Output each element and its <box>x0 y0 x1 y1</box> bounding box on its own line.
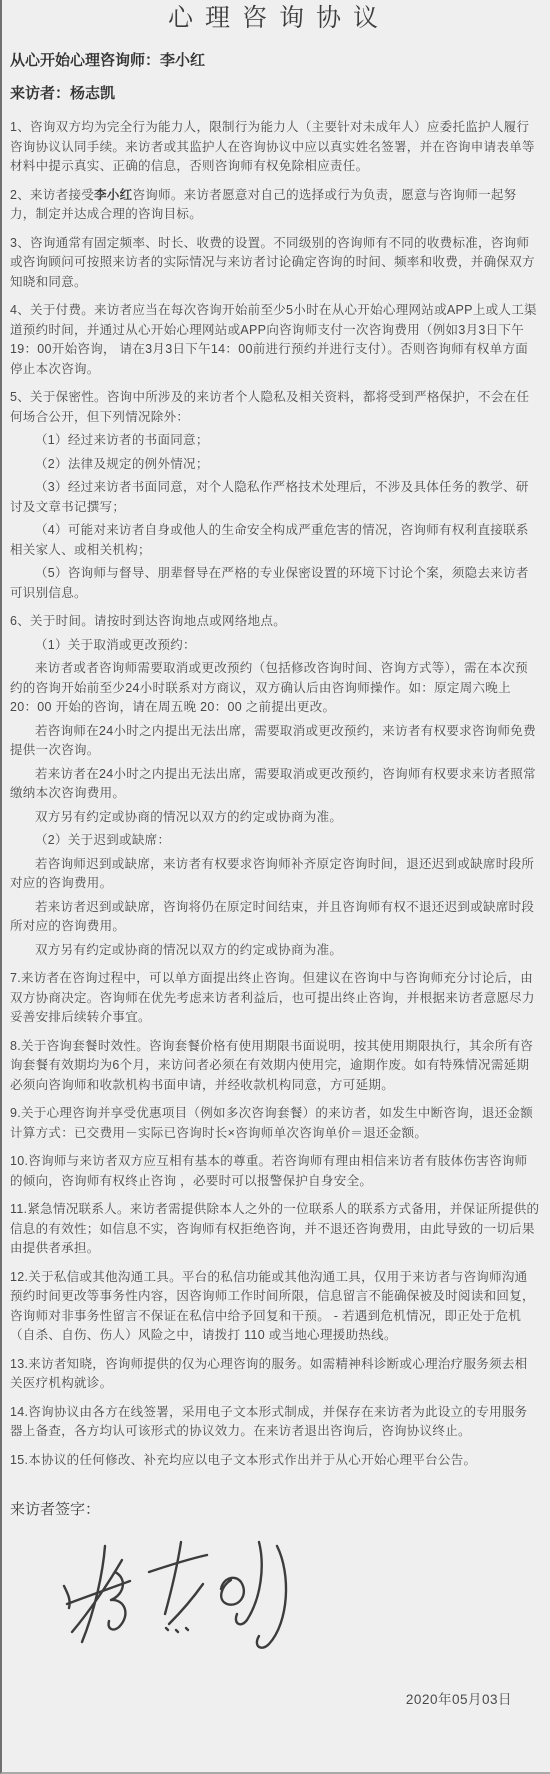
clause-4-paragraph: 4、关于付费。来访者应当在每次咨询开始前至少5小时在从心开始心理网站或APP上或… <box>10 301 540 379</box>
clause-9: 9.关于心理咨询并享受优惠项目（例如多次咨询套餐）的来访者，如发生中断咨询，退还… <box>10 1104 540 1143</box>
clause-3: 3、咨询通常有固定频率、时长、收费的设置。不同级别的咨询师有不同的收费标准，咨询… <box>10 234 540 293</box>
clause-14: 14.咨询协议由各方在线签署，采用电子文本形式制成，并保存在来访者为此设立的专用… <box>10 1403 540 1442</box>
clause-12-paragraph: 12.关于私信或其他沟通工具。平台的私信功能或其他沟通工具，仅用于来访者与咨询师… <box>10 1268 540 1346</box>
handwritten-signature-icon <box>62 1536 302 1658</box>
visitor-line: 来访者：杨志凯 <box>10 84 540 104</box>
agreement-date: 2020年05月03日 <box>406 1688 512 1708</box>
clause-11-paragraph: 11.紧急情况联系人。来访者需提供除本人之外的一位联系人的联系方式备用，并保证所… <box>10 1200 540 1259</box>
clause-5-paragraph: （4）可能对来访者自身或他人的生命安全构成严重危害的情况，咨询师有权利直接联系相… <box>10 521 540 560</box>
clause-6-paragraph: 来访者或者咨询师需要取消或更改预约（包括修改咨询时间、咨询方式等），需在本次预约… <box>10 659 540 718</box>
clause-6-paragraph: 6、关于时间。请按时到达咨询地点或网络地点。 <box>10 612 540 632</box>
visitor-label: 来访者： <box>10 85 70 102</box>
page-title: 心理咨询协议 <box>10 3 540 33</box>
clause-15-paragraph: 15.本协议的任何修改、补充均应以电子文本形式作出并于从心开始心理平台公告。 <box>10 1451 540 1471</box>
clause-6-paragraph: 若咨询师在24小时之内提出无法出席，需要取消或更改预约，来访者有权要求咨询师免费… <box>10 722 540 761</box>
counselor-label: 从心开始心理咨询师： <box>10 52 160 69</box>
clause-10: 10.咨询师与来访者双方应互相有基本的尊重。若咨询师有理由相信来访者有肢体伤害咨… <box>10 1152 540 1191</box>
clause-11: 11.紧急情况联系人。来访者需提供除本人之外的一位联系人的联系方式备用，并保证所… <box>10 1200 540 1259</box>
clause-3-paragraph: 3、咨询通常有固定频率、时长、收费的设置。不同级别的咨询师有不同的收费标准，咨询… <box>10 234 540 293</box>
clause-8: 8.关于咨询套餐时效性。咨询套餐价格有使用期限书面说明，按其使用期限执行，其余所… <box>10 1037 540 1096</box>
clause-6-paragraph: （1）关于取消或更改预约： <box>10 636 540 656</box>
clause-10-paragraph: 10.咨询师与来访者双方应互相有基本的尊重。若咨询师有理由相信来访者有肢体伤害咨… <box>10 1152 540 1191</box>
clause-5-paragraph: （1）经过来访者的书面同意； <box>10 431 540 451</box>
clause-7: 7.来访者在咨询过程中，可以单方面提出终止咨询。但建议在咨询中与咨询师充分讨论后… <box>10 969 540 1028</box>
counseling-agreement-document: 心理咨询协议 从心开始心理咨询师：李小红 来访者：杨志凯 1、咨询双方均为完全行… <box>0 0 550 1774</box>
clause-5-paragraph: （5）咨询师与督导、朋辈督导在严格的专业保密设置的环境下讨论个案，须隐去来访者可… <box>10 564 540 603</box>
visitor-signature <box>62 1536 302 1658</box>
clause-4: 4、关于付费。来访者应当在每次咨询开始前至少5小时在从心开始心理网站或APP上或… <box>10 301 540 379</box>
clause-15: 15.本协议的任何修改、补充均应以电子文本形式作出并于从心开始心理平台公告。 <box>10 1451 540 1471</box>
clause-8-paragraph: 8.关于咨询套餐时效性。咨询套餐价格有使用期限书面说明，按其使用期限执行，其余所… <box>10 1037 540 1096</box>
visitor-name: 杨志凯 <box>70 85 115 102</box>
clause-6-paragraph: 若来访者在24小时之内提出无法出席，需要取消或更改预约，咨询师有权要求来访者照常… <box>10 765 540 804</box>
clause-list: 1、咨询双方均为完全行为能力人，限制行为能力人（主要针对未成年人）应委托监护人履… <box>10 118 540 1470</box>
clause-14-paragraph: 14.咨询协议由各方在线签署，采用电子文本形式制成，并保存在来访者为此设立的专用… <box>10 1403 540 1442</box>
clause-6-paragraph: 双方另有约定或协商的情况以双方的约定或协商为准。 <box>10 808 540 828</box>
signature-label: 来访者签字： <box>10 1500 540 1520</box>
clause-6-paragraph: 双方另有约定或协商的情况以双方的约定或协商为准。 <box>10 941 540 961</box>
clause-2: 2、来访者接受李小红咨询师。来访者愿意对自己的选择或行为负责，愿意与咨询师一起努… <box>10 186 540 225</box>
clause-6: 6、关于时间。请按时到达咨询地点或网络地点。（1）关于取消或更改预约：来访者或者… <box>10 612 540 960</box>
clause-5-paragraph: （2）法律及规定的例外情况； <box>10 455 540 475</box>
clause-1-paragraph: 1、咨询双方均为完全行为能力人，限制行为能力人（主要针对未成年人）应委托监护人履… <box>10 118 540 177</box>
clause-6-paragraph: 若咨询师迟到或缺席，来访者有权要求咨询师补齐原定咨询时间，退还迟到或缺席时段所对… <box>10 855 540 894</box>
counselor-line: 从心开始心理咨询师：李小红 <box>10 51 540 71</box>
clause-5-paragraph: 5、关于保密性。咨询中所涉及的来访者个人隐私及相关资料，都将受到严格保护，不会在… <box>10 388 540 427</box>
clause-6-paragraph: （2）关于迟到或缺席： <box>10 831 540 851</box>
clause-13-paragraph: 13.来访者知晓，咨询师提供的仅为心理咨询的服务。如需精神科诊断或心理治疗服务须… <box>10 1355 540 1394</box>
clause-5: 5、关于保密性。咨询中所涉及的来访者个人隐私及相关资料，都将受到严格保护，不会在… <box>10 388 540 603</box>
clause-7-paragraph: 7.来访者在咨询过程中，可以单方面提出终止咨询。但建议在咨询中与咨询师充分讨论后… <box>10 969 540 1028</box>
clause-9-paragraph: 9.关于心理咨询并享受优惠项目（例如多次咨询套餐）的来访者，如发生中断咨询，退还… <box>10 1104 540 1143</box>
clause-6-paragraph: 若来访者迟到或缺席，咨询将仍在原定时间结束，并且咨询师有权不退还迟到或缺席时段所… <box>10 898 540 937</box>
clause-1: 1、咨询双方均为完全行为能力人，限制行为能力人（主要针对未成年人）应委托监护人履… <box>10 118 540 177</box>
clause-13: 13.来访者知晓，咨询师提供的仅为心理咨询的服务。如需精神科诊断或心理治疗服务须… <box>10 1355 540 1394</box>
clause-2-paragraph: 2、来访者接受李小红咨询师。来访者愿意对自己的选择或行为负责，愿意与咨询师一起努… <box>10 186 540 225</box>
clause-5-paragraph: （3）经过来访者书面同意，对个人隐私作严格技术处理后，不涉及具体任务的教学、研讨… <box>10 478 540 517</box>
counselor-name: 李小红 <box>160 52 205 69</box>
clause-12: 12.关于私信或其他沟通工具。平台的私信功能或其他沟通工具，仅用于来访者与咨询师… <box>10 1268 540 1346</box>
